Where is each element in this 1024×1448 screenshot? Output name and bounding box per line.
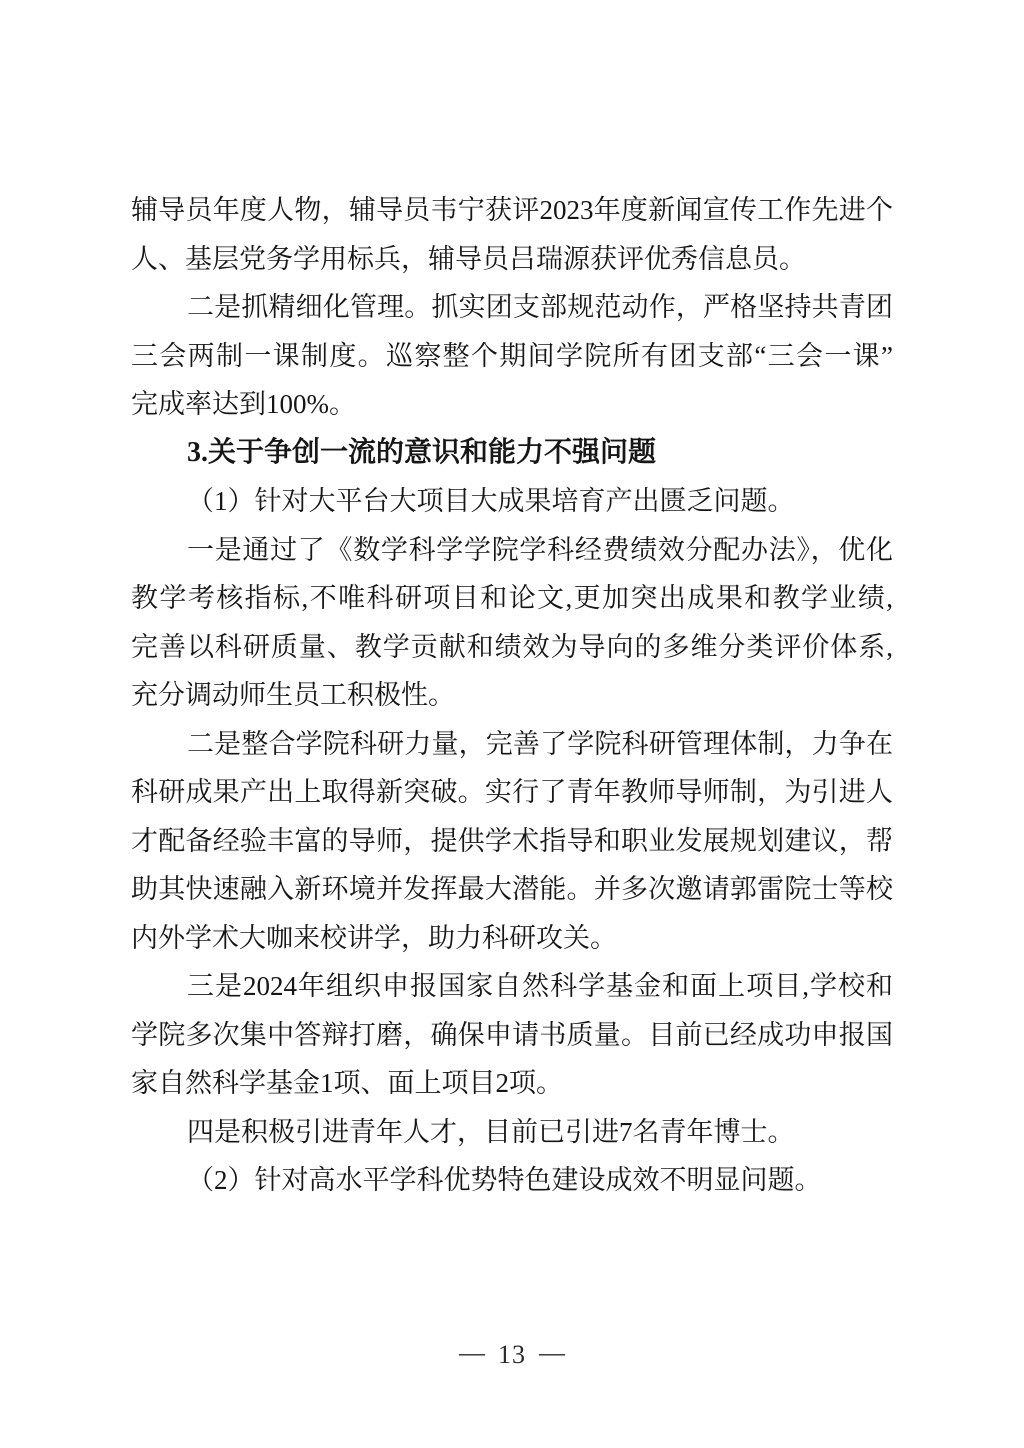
footer-dash-right: — bbox=[539, 1338, 565, 1368]
document-body: 辅导员年度人物，辅导员韦宁获评2023年度新闻宣传工作先进个人、基层党务学用标兵… bbox=[131, 186, 893, 1205]
text-line: 完善以科研质量、教学贡献和绩效为导向的多维分类评价体系, bbox=[131, 623, 893, 672]
text-line: 才配备经验丰富的导师，提供学术指导和职业发展规划建议，帮 bbox=[131, 817, 893, 866]
text-line: 内外学术大咖来校讲学，助力科研攻关。 bbox=[131, 914, 893, 963]
heading-line: 3.关于争创一流的意识和能力不强问题 bbox=[131, 429, 893, 478]
text-line: （1）针对大平台大项目大成果培育产出匮乏问题。 bbox=[131, 477, 893, 526]
text-line: 三会两制一课制度。巡察整个期间学院所有团支部“三会一课” bbox=[131, 332, 893, 381]
text-line: 一是通过了《数学科学学院学科经费绩效分配办法》，优化 bbox=[131, 526, 893, 575]
text-line: 教学考核指标,不唯科研项目和论文,更加突出成果和教学业绩, bbox=[131, 574, 893, 623]
text-line: 人、基层党务学用标兵，辅导员吕瑞源获评优秀信息员。 bbox=[131, 235, 893, 284]
page-footer: —13— bbox=[0, 1340, 1024, 1370]
text-line: 二是整合学院科研力量，完善了学院科研管理体制，力争在 bbox=[131, 720, 893, 769]
text-line: 辅导员年度人物，辅导员韦宁获评2023年度新闻宣传工作先进个 bbox=[131, 186, 893, 235]
text-line: 充分调动师生员工积极性。 bbox=[131, 671, 893, 720]
text-line: 学院多次集中答辩打磨，确保申请书质量。目前已经成功申报国 bbox=[131, 1011, 893, 1060]
text-line: 三是2024年组织申报国家自然科学基金和面上项目,学校和 bbox=[131, 962, 893, 1011]
text-line: 助其快速融入新环境并发挥最大潜能。并多次邀请郭雷院士等校 bbox=[131, 865, 893, 914]
text-line: 完成率达到100%。 bbox=[131, 380, 893, 429]
text-line: 四是积极引进青年人才，目前已引进7名青年博士。 bbox=[131, 1108, 893, 1157]
text-line: 二是抓精细化管理。抓实团支部规范动作，严格坚持共青团 bbox=[131, 283, 893, 332]
text-line: 家自然科学基金1项、面上项目2项。 bbox=[131, 1059, 893, 1108]
text-line: 科研成果产出上取得新突破。实行了青年教师导师制，为引进人 bbox=[131, 768, 893, 817]
page-number: 13 bbox=[498, 1340, 526, 1370]
document-page: 辅导员年度人物，辅导员韦宁获评2023年度新闻宣传工作先进个人、基层党务学用标兵… bbox=[0, 0, 1024, 1448]
text-line: （2）针对高水平学科优势特色建设成效不明显问题。 bbox=[131, 1156, 893, 1205]
footer-dash-left: — bbox=[459, 1338, 485, 1368]
